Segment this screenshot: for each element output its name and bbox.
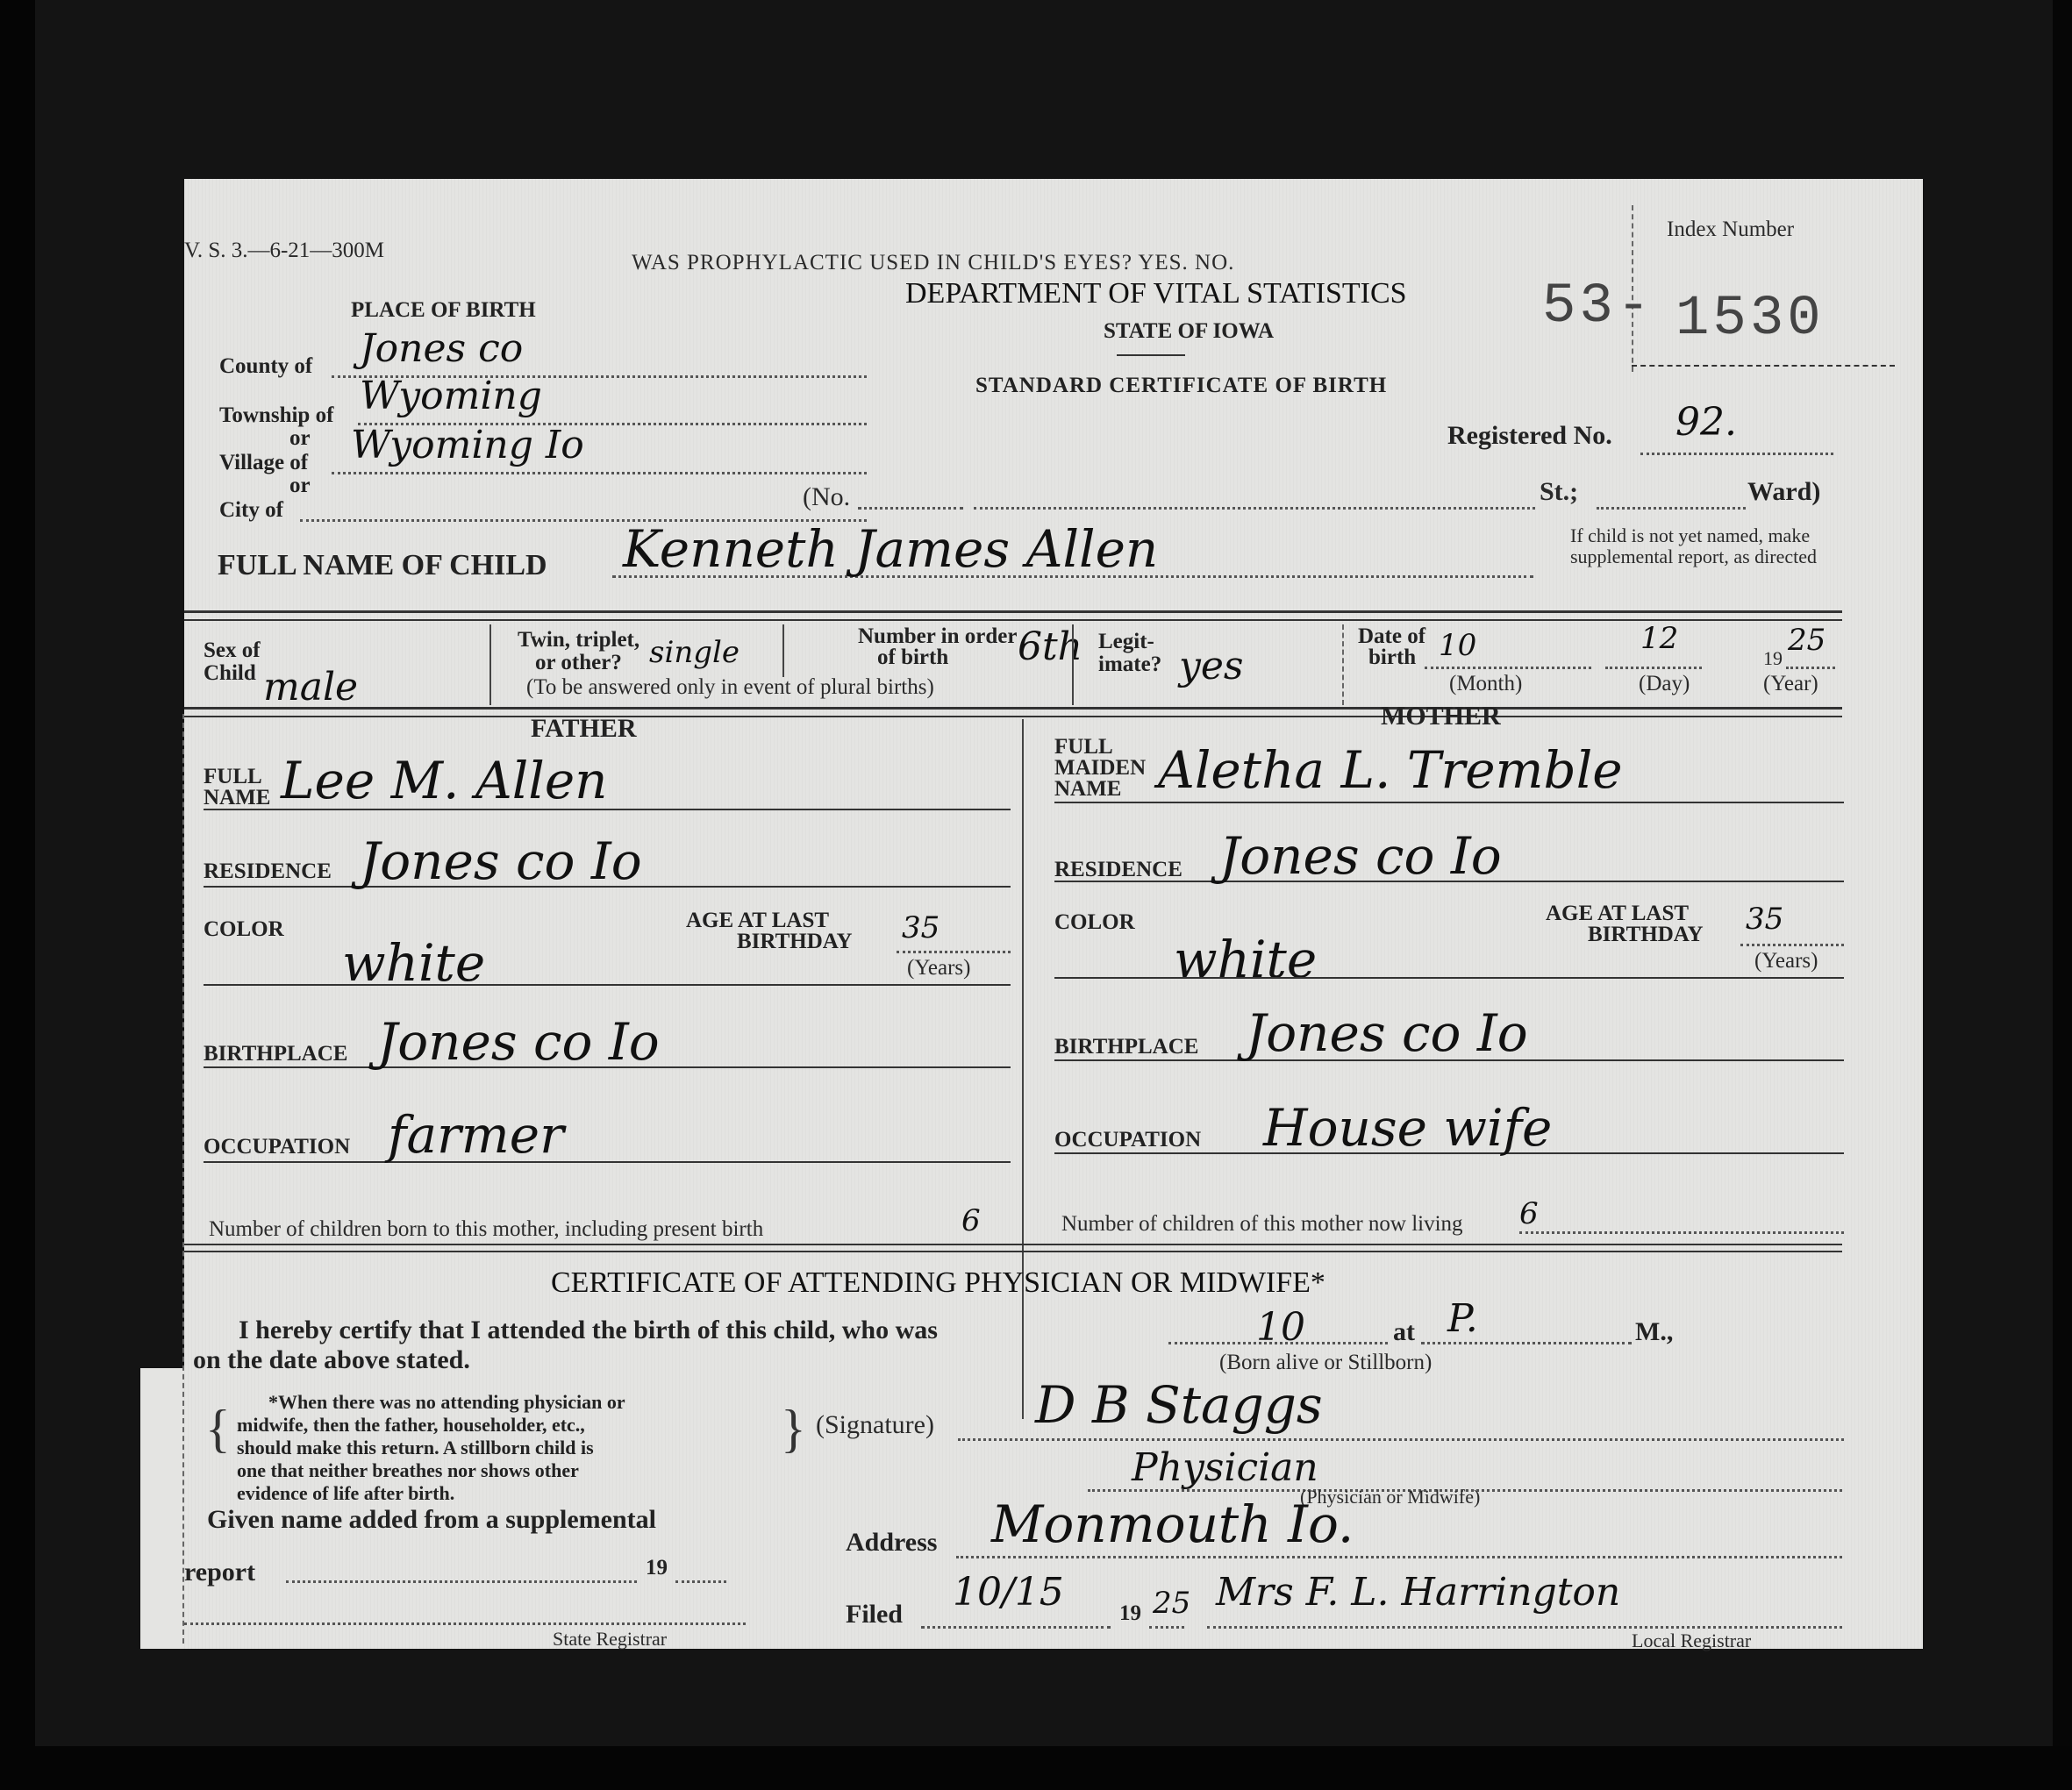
father-residence-value: Jones co Io: [360, 831, 642, 891]
parents-top-rule: [184, 707, 1842, 710]
dob-month-line: [1425, 667, 1591, 669]
filed-date-line: [921, 1626, 1111, 1629]
local-registrar-signature: Mrs F. L. Harrington: [1216, 1570, 1620, 1615]
index-prefix-stamp: 53-: [1542, 275, 1654, 339]
state-registrar-line: [184, 1622, 746, 1625]
scan-border-right: [2053, 0, 2072, 1790]
address-label: Address: [846, 1528, 937, 1558]
dob-month-value: 10: [1439, 628, 1476, 663]
street-no-line: [858, 507, 963, 510]
header-divider: [1117, 354, 1185, 356]
birth-order-label-2: of birth: [877, 645, 948, 670]
index-number-label: Index Number: [1667, 218, 1794, 242]
sex-label-1: Sex of: [204, 638, 261, 663]
father-name-label-2: NAME: [204, 786, 270, 810]
naming-note-1: If child is not yet named, make: [1570, 524, 1810, 547]
address-line: [956, 1556, 1842, 1558]
mother-name-label-3: NAME: [1054, 777, 1121, 802]
dob-day-value: 12: [1640, 621, 1678, 656]
certificate-top-rule-2: [184, 1251, 1842, 1252]
mother-residence-value: Jones co Io: [1219, 826, 1502, 886]
department-title: DEPARTMENT OF VITAL STATISTICS: [905, 277, 1407, 310]
state-registrar-caption: State Registrar: [553, 1628, 667, 1651]
col-divider-4: [1342, 624, 1344, 705]
ward-label: Ward): [1747, 477, 1820, 507]
mother-occupation-label: OCCUPATION: [1054, 1128, 1201, 1152]
father-birthplace-value: Jones co Io: [377, 1012, 660, 1072]
village-line: [332, 472, 867, 474]
sex-value: male: [263, 665, 358, 710]
local-registrar-caption: Local Registrar: [1632, 1630, 1751, 1652]
registered-no-value: 92.: [1675, 400, 1737, 445]
dob-day-line: [1605, 667, 1702, 669]
left-margin-line: [182, 714, 184, 1644]
children-born-value: 6: [961, 1203, 981, 1238]
father-years-caption: (Years): [907, 956, 970, 981]
children-living-value: 6: [1519, 1196, 1539, 1231]
birth-certificate: V. S. 3.—6-21—300M WAS PROPHYLACTIC USED…: [184, 179, 1923, 1649]
father-color-label: COLOR: [204, 917, 284, 942]
mother-birthplace-value: Jones co Io: [1246, 1003, 1528, 1063]
footnote-line: evidence of life after birth.: [237, 1482, 781, 1505]
child-row-top-rule: [184, 610, 1842, 613]
child-full-name: Kenneth James Allen: [623, 519, 1158, 579]
footnote-brace-right: }: [781, 1389, 806, 1468]
father-residence-label: RESIDENCE: [204, 859, 332, 884]
col-divider-1: [489, 624, 491, 705]
form-code: V. S. 3.—6-21—300M: [184, 239, 384, 263]
m-label: M.,: [1635, 1317, 1673, 1347]
filed-year-line: [1149, 1626, 1184, 1629]
township-value: Wyoming: [360, 374, 542, 418]
year-caption: (Year): [1763, 672, 1818, 696]
township-label: Township of: [219, 403, 333, 428]
legitimate-value: yes: [1179, 644, 1243, 688]
day-caption: (Day): [1639, 672, 1690, 696]
supplemental-year-line: [675, 1580, 726, 1583]
physician-title-value: Physician: [1132, 1445, 1318, 1490]
mother-age-value: 35: [1746, 902, 1783, 937]
city-label: City of: [219, 498, 283, 523]
mother-years-caption: (Years): [1754, 949, 1818, 973]
father-age-line: [897, 951, 1011, 953]
father-age-label-2: BIRTHDAY: [737, 930, 853, 954]
certify-text: I hereby certify that I attended the bir…: [239, 1316, 938, 1345]
dob-year-line: [1786, 667, 1835, 669]
father-color-line: [204, 984, 1011, 986]
footnote-line: *When there was no attending physician o…: [237, 1391, 781, 1414]
born-value: 10: [1256, 1305, 1305, 1350]
county-label: County of: [219, 354, 312, 379]
county-value: Jones co: [360, 326, 523, 371]
dob-label-2: birth: [1368, 645, 1416, 670]
mother-color-line: [1054, 977, 1844, 979]
full-name-label: FULL NAME OF CHILD: [218, 549, 547, 582]
legitimate-label-1: Legit-: [1098, 630, 1154, 654]
parents-divider: [1022, 719, 1024, 1419]
supplemental-report-line: [286, 1580, 637, 1583]
sex-label-2: Child: [204, 661, 256, 686]
filed-year-prefix: 19: [1119, 1601, 1141, 1626]
registered-no-label: Registered No.: [1447, 421, 1612, 451]
mother-residence-label: RESIDENCE: [1054, 858, 1182, 882]
mother-heading: MOTHER: [1381, 702, 1501, 731]
born-caption: (Born alive or Stillborn): [1219, 1351, 1432, 1375]
prophylactic-question: WAS PROPHYLACTIC USED IN CHILD'S EYES? Y…: [632, 251, 1234, 275]
mother-occupation-value: House wife: [1263, 1098, 1552, 1158]
street-no-label: (No.: [803, 482, 850, 512]
signature-label: (Signature): [816, 1410, 934, 1440]
father-heading: FATHER: [531, 714, 637, 744]
children-living-label: Number of children of this mother now li…: [1061, 1212, 1463, 1237]
physician-address: Monmouth Io.: [991, 1494, 1354, 1554]
children-living-line: [1519, 1231, 1844, 1234]
certificate-heading: CERTIFICATE OF ATTENDING PHYSICIAN OR MI…: [551, 1266, 1325, 1300]
or-1: or: [289, 426, 311, 451]
father-occupation-label: OCCUPATION: [204, 1135, 350, 1159]
filed-year-value: 25: [1153, 1586, 1190, 1621]
supplemental-line-1: Given name added from a supplemental: [207, 1505, 656, 1535]
local-registrar-line: [1207, 1626, 1842, 1629]
state-title: STATE OF IOWA: [1104, 319, 1274, 344]
father-occupation-line: [204, 1161, 1011, 1163]
village-label: Village of: [219, 451, 308, 475]
father-birthplace-label: BIRTHPLACE: [204, 1042, 347, 1066]
dob-year-value: 25: [1788, 623, 1826, 658]
certificate-title: STANDARD CERTIFICATE OF BIRTH: [975, 374, 1387, 398]
time-line: [1421, 1342, 1632, 1344]
mother-color-label: COLOR: [1054, 910, 1135, 935]
twin-label-2: or other?: [535, 651, 622, 675]
twin-label-1: Twin, triplet,: [518, 628, 639, 653]
scan-border-bottom: [0, 1746, 2072, 1790]
month-caption: (Month): [1449, 672, 1522, 696]
index-box-bottom: [1632, 365, 1895, 367]
registered-no-line: [1640, 453, 1833, 455]
village-value: Wyoming Io: [351, 423, 584, 467]
footnote-line: midwife, then the father, householder, e…: [237, 1414, 781, 1437]
st-label: St.;: [1540, 477, 1578, 507]
twin-value: single: [649, 635, 739, 670]
footnote: *When there was no attending physician o…: [237, 1391, 781, 1505]
mother-name-line: [1054, 802, 1844, 803]
mother-birthplace-label: BIRTHPLACE: [1054, 1035, 1198, 1059]
signature-line: [958, 1438, 1844, 1441]
time-value: P.: [1447, 1296, 1478, 1341]
dob-year-prefix: 19: [1763, 647, 1783, 670]
street-line: [974, 507, 1535, 510]
filed-label: Filed: [846, 1600, 903, 1630]
filed-date-value: 10/15: [953, 1570, 1064, 1615]
supplemental-year-prefix: 19: [646, 1556, 668, 1580]
mother-age-line: [1740, 944, 1844, 946]
legitimate-label-2: imate?: [1098, 653, 1161, 677]
father-age-value: 35: [902, 910, 940, 945]
plural-births-note: (To be answered only in event of plural …: [526, 675, 934, 700]
footnote-line: should make this return. A stillborn chi…: [237, 1437, 781, 1459]
scan-border-left: [0, 0, 35, 1790]
footnote-brace-left: {: [205, 1389, 231, 1468]
certificate-top-rule: [184, 1244, 1842, 1245]
child-row-top-rule-2: [184, 619, 1842, 621]
footnote-line: one that neither breathes nor shows othe…: [237, 1459, 781, 1482]
place-of-birth-heading: PLACE OF BIRTH: [351, 298, 536, 323]
children-born-label: Number of children born to this mother, …: [209, 1217, 763, 1242]
at-label: at: [1393, 1317, 1415, 1347]
father-name-value: Lee M. Allen: [281, 751, 608, 810]
mother-name-value: Aletha L. Tremble: [1158, 740, 1623, 800]
mother-age-label-2: BIRTHDAY: [1588, 923, 1704, 947]
physician-signature: D B Staggs: [1035, 1375, 1323, 1435]
supplemental-report-label: report: [184, 1558, 255, 1587]
ward-line: [1597, 507, 1746, 510]
or-2: or: [289, 474, 311, 498]
date-stated: on the date above stated.: [193, 1345, 470, 1375]
index-number-stamp: 1530: [1675, 288, 1825, 351]
naming-note-2: supplemental report, as directed: [1570, 546, 1817, 568]
col-divider-3: [1072, 624, 1074, 705]
parents-top-rule-2: [184, 716, 1842, 717]
mother-color-value: white: [1174, 930, 1317, 989]
father-occupation-value: farmer: [388, 1105, 564, 1165]
col-divider-2: [782, 624, 784, 677]
